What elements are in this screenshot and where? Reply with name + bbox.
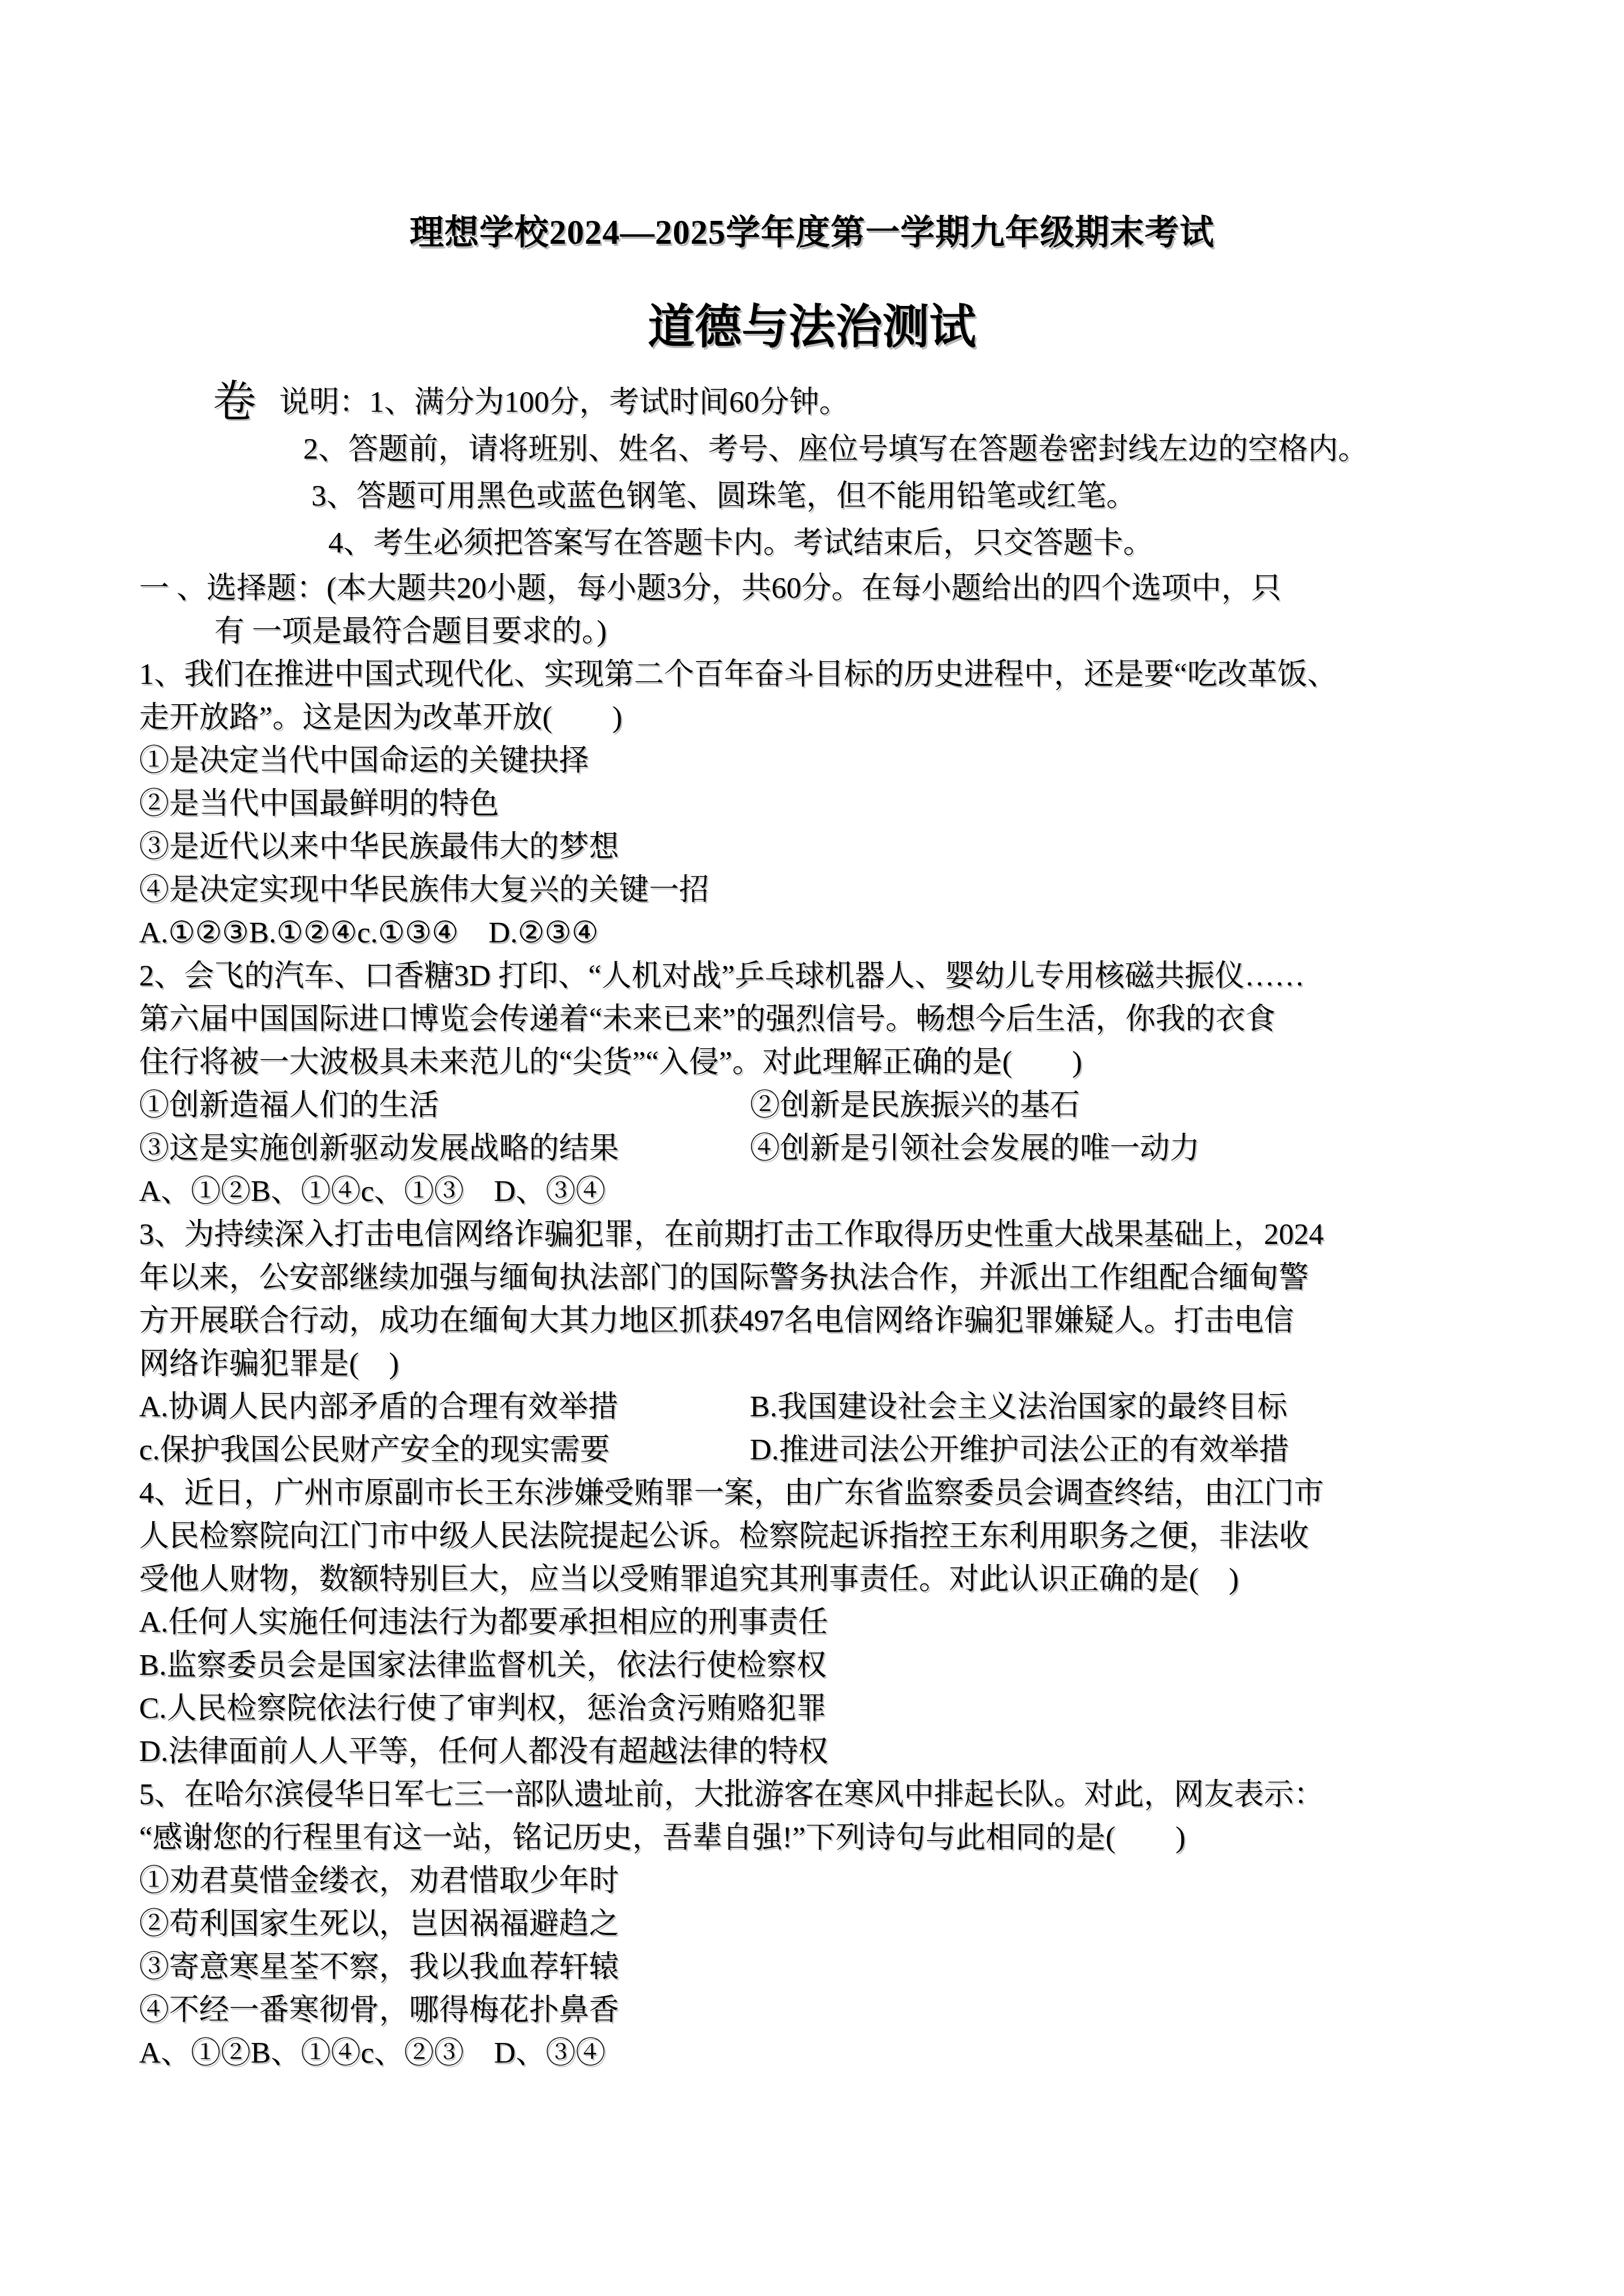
- exam-title: 理想学校2024—2025学年度第一学期九年级期末考试: [0, 0, 1624, 252]
- question-5-option-1: ①劝君莫惜金缕衣，劝君惜取少年时: [139, 1859, 1496, 1902]
- question-1-option-4: ④是决定实现中华民族伟大复兴的关键一招: [139, 868, 1496, 911]
- question-2-option-row-1: ①创新造福人们的生活 ②创新是民族振兴的基石: [139, 1083, 1496, 1126]
- question-2-option-2: ②创新是民族振兴的基石: [750, 1083, 1080, 1126]
- paper-volume-label: 卷: [213, 378, 256, 425]
- question-4-option-d: D.法律面前人人平等，任何人都没有超越法律的特权: [139, 1729, 1496, 1772]
- question-2-option-1: ①创新造福人们的生活: [139, 1083, 750, 1126]
- instruction-line-1: 说明：1、满分为100分，考试时间60分钟。: [279, 378, 849, 425]
- question-2-text-line-3: 住行将被一大波极具未来范儿的“尖货”“入侵”。对此理解正确的是( ): [139, 1040, 1496, 1083]
- question-3: 3、为持续深入打击电信网络诈骗犯罪，在前期打击工作取得历史性重大战果基础上，20…: [139, 1212, 1496, 1471]
- question-2: 2、会飞的汽车、口香糖3D 打印、“人机对战”乒乓球机器人、婴幼儿专用核磁共振仪…: [139, 954, 1496, 1212]
- question-3-option-c: c.保护我国公民财产安全的现实需要: [139, 1428, 750, 1471]
- instructions-block: 卷 说明：1、满分为100分，考试时间60分钟。 2、答题前，请将班别、姓名、考…: [139, 378, 1496, 566]
- question-5-option-3: ③寄意寒星荃不察，我以我血荐轩辕: [139, 1945, 1496, 1988]
- question-2-option-4: ④创新是引领社会发展的唯一动力: [750, 1126, 1200, 1169]
- question-2-answer-choices: A、①②B、①④c、①③ D、③④: [139, 1169, 1496, 1212]
- section-heading-line-1: 一 、选择题：(本大题共20小题，每小题3分，共60分。在每小题给出的四个选项中…: [139, 566, 1496, 609]
- question-5-text-line-2: “感谢您的行程里有这一站，铭记历史，吾辈自强!”下列诗句与此相同的是( ): [139, 1816, 1496, 1859]
- question-3-option-row-2: c.保护我国公民财产安全的现实需要 D.推进司法公开维护司法公正的有效举措: [139, 1428, 1496, 1471]
- section-heading-block: 一 、选择题：(本大题共20小题，每小题3分，共60分。在每小题给出的四个选项中…: [139, 566, 1496, 652]
- question-2-option-3: ③这是实施创新驱动发展战略的结果: [139, 1126, 750, 1169]
- question-1-option-1: ①是决定当代中国命运的关键抉择: [139, 738, 1496, 782]
- exam-header: 理想学校2024—2025学年度第一学期九年级期末考试 道德与法治测试: [0, 0, 1624, 353]
- instruction-row-1: 卷 说明：1、满分为100分，考试时间60分钟。: [139, 378, 1496, 425]
- question-1-option-3: ③是近代以来中华民族最伟大的梦想: [139, 825, 1496, 868]
- question-4-option-a: A.任何人实施任何违法行为都要承担相应的刑事责任: [139, 1600, 1496, 1643]
- question-1-text-line-2: 走开放路”。这是因为改革开放( ): [139, 695, 1496, 738]
- section-heading-line-2: 有 一项是最符合题目要求的。): [139, 609, 1496, 652]
- question-3-option-row-1: A.协调人民内部矛盾的合理有效举措 B.我国建设社会主义法治国家的最终目标: [139, 1385, 1496, 1428]
- question-3-text-line-2: 年以来，公安部继续加强与缅甸执法部门的国际警务执法合作，并派出工作组配合缅甸警: [139, 1255, 1496, 1299]
- question-4: 4、近日，广州市原副市长王东涉嫌受贿罪一案，由广东省监察委员会调查终结，由江门市…: [139, 1471, 1496, 1772]
- question-4-text-line-1: 4、近日，广州市原副市长王东涉嫌受贿罪一案，由广东省监察委员会调查终结，由江门市: [139, 1471, 1496, 1514]
- question-1-text-line-1: 1、我们在推进中国式现代化、实现第二个百年奋斗目标的历史进程中，还是要“吃改革饭…: [139, 652, 1496, 695]
- question-3-text-line-4: 网络诈骗犯罪是( ): [139, 1342, 1496, 1385]
- instruction-line-3: 3、答题可用黑色或蓝色钢笔、圆珠笔，但不能用铅笔或红笔。: [139, 472, 1496, 519]
- exam-subtitle: 道德与法治测试: [0, 301, 1624, 353]
- exam-paper-page: 理想学校2024—2025学年度第一学期九年级期末考试 道德与法治测试 卷 说明…: [0, 0, 1624, 2296]
- question-5: 5、在哈尔滨侵华日军七三一部队遗址前，大批游客在寒风中排起长队。对此，网友表示：…: [139, 1772, 1496, 2074]
- question-4-text-line-2: 人民检察院向江门市中级人民法院提起公诉。检察院起诉指控王东利用职务之便，非法收: [139, 1514, 1496, 1557]
- question-4-text-line-3: 受他人财物，数额特别巨大，应当以受贿罪追究其刑事责任。对此认识正确的是( ): [139, 1557, 1496, 1600]
- question-5-option-2: ②苟利国家生死以，岂因祸福避趋之: [139, 1902, 1496, 1945]
- question-4-option-c: C.人民检察院依法行使了审判权，惩治贪污贿赂犯罪: [139, 1686, 1496, 1729]
- question-2-option-row-2: ③这是实施创新驱动发展战略的结果 ④创新是引领社会发展的唯一动力: [139, 1126, 1496, 1169]
- instruction-line-2: 2、答题前，请将班别、姓名、考号、座位号填写在答题卷密封线左边的空格内。: [139, 425, 1496, 472]
- question-5-option-4: ④不经一番寒彻骨，哪得梅花扑鼻香: [139, 1988, 1496, 2031]
- question-2-text-line-1: 2、会飞的汽车、口香糖3D 打印、“人机对战”乒乓球机器人、婴幼儿专用核磁共振仪…: [139, 954, 1496, 997]
- question-3-text-line-3: 方开展联合行动，成功在缅甸大其力地区抓获497名电信网络诈骗犯罪嫌疑人。打击电信: [139, 1299, 1496, 1342]
- question-3-option-b: B.我国建设社会主义法治国家的最终目标: [750, 1385, 1287, 1428]
- question-2-text-line-2: 第六届中国国际进口博览会传递着“未来已来”的强烈信号。畅想今后生活，你我的衣食: [139, 997, 1496, 1040]
- question-1-option-2: ②是当代中国最鲜明的特色: [139, 782, 1496, 825]
- question-5-text-line-1: 5、在哈尔滨侵华日军七三一部队遗址前，大批游客在寒风中排起长队。对此，网友表示：: [139, 1772, 1496, 1816]
- question-3-text-line-1: 3、为持续深入打击电信网络诈骗犯罪，在前期打击工作取得历史性重大战果基础上，20…: [139, 1212, 1496, 1255]
- question-3-option-a: A.协调人民内部矛盾的合理有效举措: [139, 1385, 750, 1428]
- question-1-answer-choices: A.①②③B.①②④c.①③④ D.②③④: [139, 911, 1496, 954]
- question-5-answer-choices: A、①②B、①④c、②③ D、③④: [139, 2031, 1496, 2074]
- instruction-line-4: 4、考生必须把答案写在答题卡内。考试结束后，只交答题卡。: [139, 519, 1496, 566]
- question-4-option-b: B.监察委员会是国家法律监督机关，依法行使检察权: [139, 1643, 1496, 1686]
- question-1: 1、我们在推进中国式现代化、实现第二个百年奋斗目标的历史进程中，还是要“吃改革饭…: [139, 652, 1496, 954]
- question-3-option-d: D.推进司法公开维护司法公正的有效举措: [750, 1428, 1289, 1471]
- exam-body: 卷 说明：1、满分为100分，考试时间60分钟。 2、答题前，请将班别、姓名、考…: [139, 378, 1496, 2074]
